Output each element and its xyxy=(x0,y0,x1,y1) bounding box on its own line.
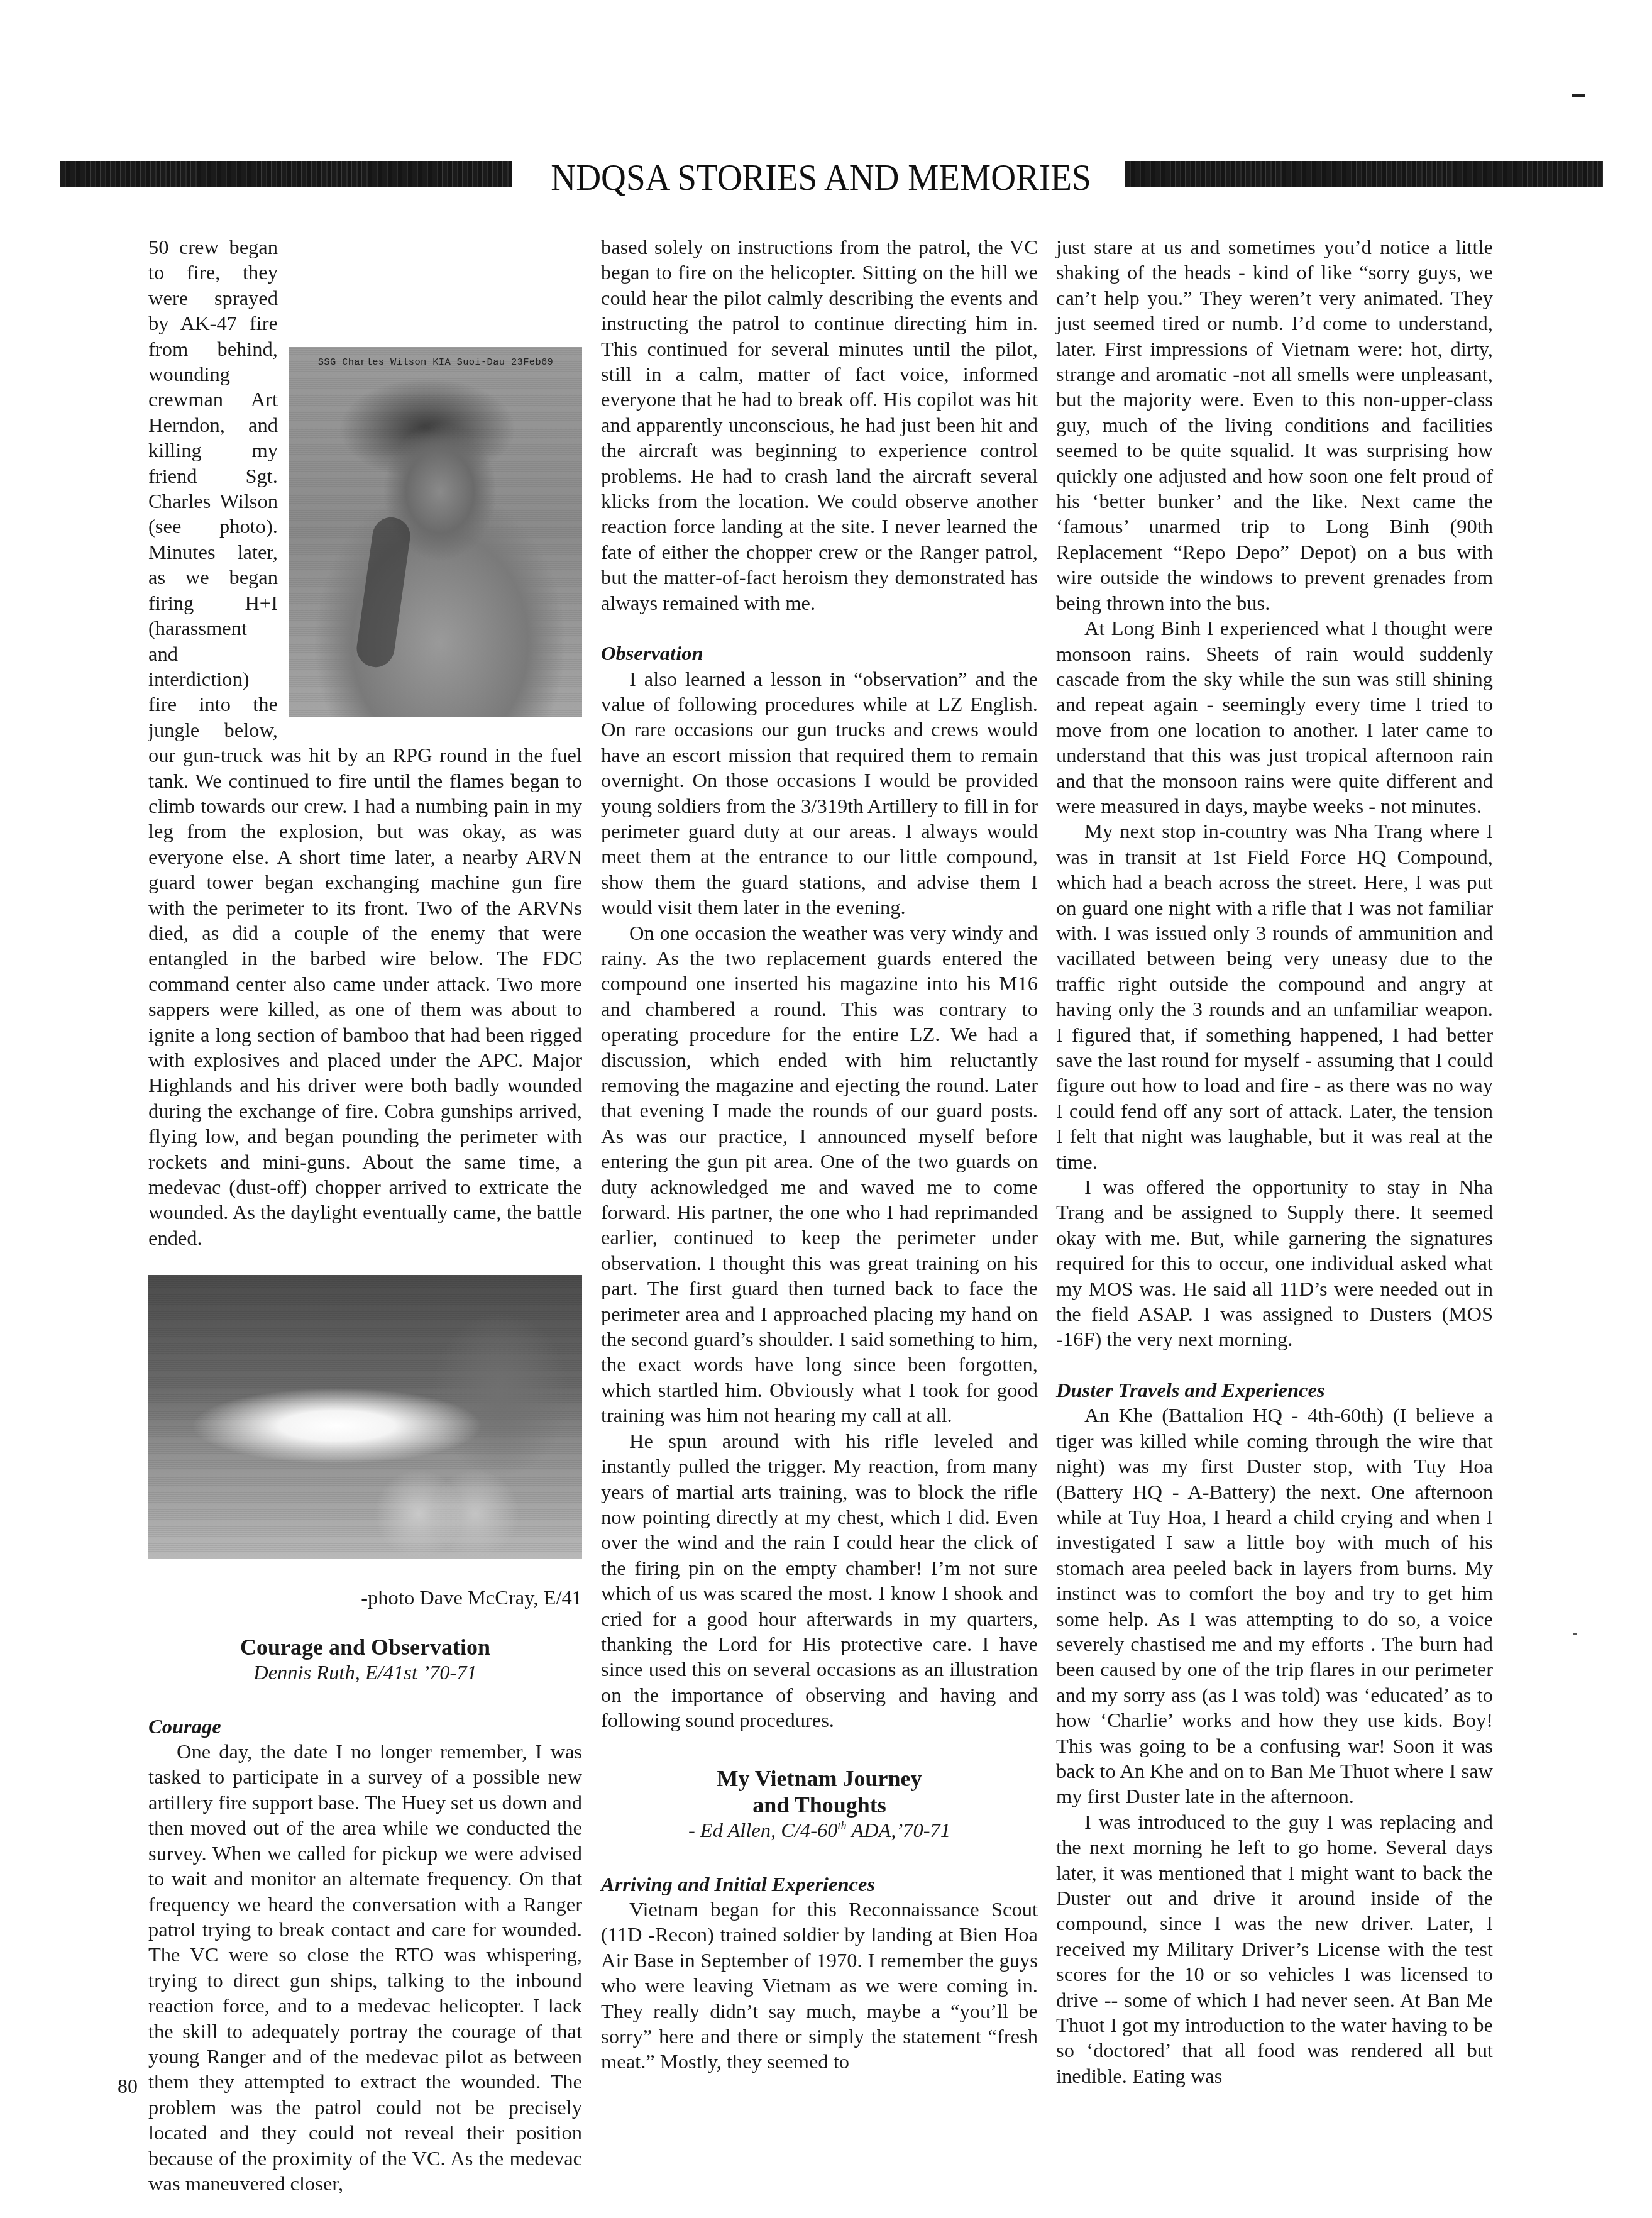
story-paragraph: At Long Binh I experienced what I though… xyxy=(1056,616,1493,819)
byline-text: ADA,’70-71 xyxy=(847,1819,950,1842)
corner-registration-mark xyxy=(1572,94,1585,97)
story-paragraph: I also learned a lesson in “observation”… xyxy=(601,667,1038,921)
story-paragraph: based solely on instructions from the pa… xyxy=(601,235,1038,616)
article-title: Courage and Observation xyxy=(148,1634,582,1660)
photo-caption: SSG Charles Wilson KIA Suoi-Dau 23Feb69 xyxy=(289,350,582,375)
section-title: NDQSA STORIES AND MEMORIES xyxy=(546,156,1096,199)
byline-text: - Ed Allen, C/4-60 xyxy=(688,1819,838,1842)
portrait-photo-icon: SSG Charles Wilson KIA Suoi-Dau 23Feb69 xyxy=(289,347,582,717)
header-bar-right xyxy=(1125,161,1603,187)
story-paragraph: He spun around with his rifle leveled an… xyxy=(601,1429,1038,1734)
section-heading-duster: Duster Travels and Experiences xyxy=(1056,1378,1493,1403)
page-number: 80 xyxy=(118,2075,138,2098)
story-paragraph: Vietnam began for this Reconnaissance Sc… xyxy=(601,1897,1038,2075)
photo-detail xyxy=(355,515,413,670)
article-byline: - Ed Allen, C/4-60th ADA,’70-71 xyxy=(601,1818,1038,1843)
story-paragraph: just stare at us and sometimes you’d not… xyxy=(1056,235,1493,616)
column-3: just stare at us and sometimes you’d not… xyxy=(1056,235,1493,2089)
story-paragraph: One day, the date I no longer remember, … xyxy=(148,1740,582,2197)
article-title: My Vietnam Journey and Thoughts xyxy=(601,1765,1038,1818)
section-heading-courage: Courage xyxy=(148,1714,582,1740)
margin-mark xyxy=(1573,1633,1577,1635)
byline-superscript: th xyxy=(838,1819,847,1832)
column-2: based solely on instructions from the pa… xyxy=(601,235,1038,2075)
night-fire-photo-icon xyxy=(148,1275,582,1559)
story-paragraph: I was introduced to the guy I was replac… xyxy=(1056,1810,1493,2089)
section-header: NDQSA STORIES AND MEMORIES xyxy=(60,161,1619,190)
story-paragraph: On one occasion the weather was very win… xyxy=(601,921,1038,1429)
header-bar-left xyxy=(60,161,512,187)
section-heading-arriving: Arriving and Initial Experiences xyxy=(601,1872,1038,1897)
story-paragraph: I was offered the opportunity to stay in… xyxy=(1056,1175,1493,1353)
story-paragraph: An Khe (Battalion HQ - 4th-60th) (I beli… xyxy=(1056,1403,1493,1810)
article-title-line1: My Vietnam Journey xyxy=(717,1766,922,1791)
section-heading-observation: Observation xyxy=(601,641,1038,666)
article-byline: Dennis Ruth, E/41st ’70-71 xyxy=(148,1660,582,1686)
photo-credit: -photo Dave McCray, E/41 xyxy=(148,1586,582,1611)
column-1: SSG Charles Wilson KIA Suoi-Dau 23Feb69 … xyxy=(148,235,582,2197)
story-paragraph: My next stop in-country was Nha Trang wh… xyxy=(1056,819,1493,1175)
article-title-line2: and Thoughts xyxy=(752,1792,886,1818)
